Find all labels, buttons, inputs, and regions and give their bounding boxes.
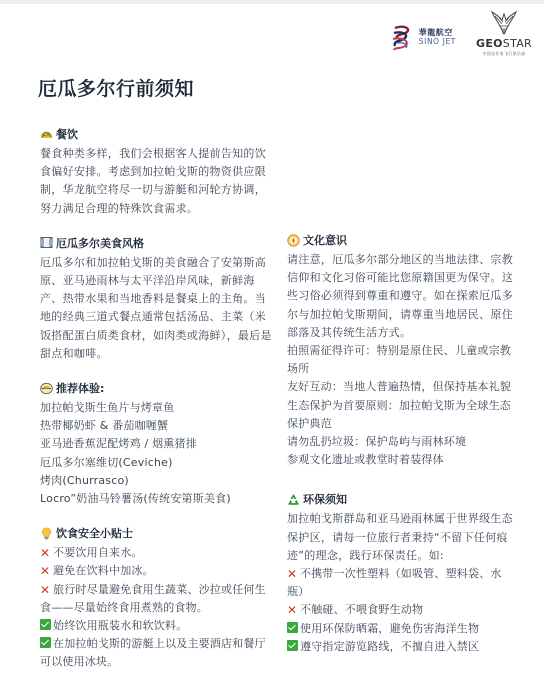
env-item-check: 遵守指定游览路线，不擅自进入禁区: [287, 638, 517, 656]
section-title: 饮食安全小贴士: [56, 525, 133, 541]
recommended-item: 亚马逊香蕉泥配烤鸡 / 烟熏猪排: [40, 435, 272, 453]
cross-icon: ✕: [287, 565, 298, 576]
section-heading: 文化意识: [287, 232, 517, 248]
recommended-item: Locro”奶油马铃薯汤(传统安第斯美食): [40, 490, 272, 508]
env-item-cross: ✕不携带一次性塑料（如吸管、塑料袋、水瓶）: [287, 565, 517, 601]
section-title: 厄瓜多尔美食风格: [56, 235, 144, 251]
section-title: 餐饮: [56, 126, 78, 142]
cross-icon: ✕: [40, 562, 51, 573]
check-icon: [40, 619, 51, 630]
check-icon: [287, 622, 298, 633]
section-heading: 环保须知: [287, 491, 517, 507]
safety-item-check: 始终饮用瓶装水和软饮料。: [40, 617, 272, 635]
recommended-item: 厄瓜多尔塞维切(Ceviche): [40, 454, 272, 472]
culture-item: 友好互动：当地人普遍热情，但保持基本礼貌: [287, 378, 517, 396]
section-recommended: 推荐体验: 加拉帕戈斯生鱼片与烤章鱼 热带椰奶虾 & 番茄咖喱蟹 亚马逊香蕉泥配…: [40, 380, 272, 508]
sino-jet-logo: 華龍航空 SINO JET: [391, 25, 456, 51]
section-cuisine: 厄瓜多尔美食风格 厄瓜多尔和加拉帕戈斯的美食融合了安第斯高原、亚马逊雨林与太平洋…: [40, 235, 272, 363]
sino-jet-dragon-icon: [391, 25, 415, 51]
recommended-item: 烤肉(Churrasco): [40, 472, 272, 490]
right-column: 文化意识 请注意，厄瓜多尔部分地区的当地法律、宗教信仰和文化习俗可能比您原籍国更…: [287, 232, 517, 673]
sino-jet-en-name: SINO JET: [419, 38, 456, 46]
recycle-icon: [287, 493, 300, 506]
geostar-logo: GEOSTAR 中国企业家飞行俱乐部: [476, 10, 532, 57]
section-paragraph: 加拉帕戈斯群岛和亚马逊雨林属于世界级生态保护区，请每一位旅行者秉持“不留下任何痕…: [287, 510, 517, 565]
section-dining: 餐饮 餐食种类多样，我们会根据客人提前告知的饮食偏好安排。考虑到加拉帕戈斯的物资…: [40, 126, 272, 218]
dish-icon: [40, 382, 53, 395]
geostar-name: GEOSTAR: [476, 37, 532, 50]
left-column: 餐饮 餐食种类多样，我们会根据客人提前告知的饮食偏好安排。考虑到加拉帕戈斯的物资…: [40, 126, 272, 689]
map-icon: [40, 236, 53, 249]
env-item-cross: ✕不触碰、不喂食野生动物: [287, 601, 517, 619]
section-heading: 餐饮: [40, 126, 272, 142]
cross-icon: ✕: [287, 601, 298, 612]
section-heading: 推荐体验:: [40, 380, 272, 396]
env-item-check: 使用环保防晒霜，避免伤害海洋生物: [287, 620, 517, 638]
recommended-item: 热带椰奶虾 & 番茄咖喱蟹: [40, 417, 272, 435]
geostar-bird-icon: [490, 10, 518, 36]
lightbulb-icon: [40, 527, 53, 540]
culture-item: 生态保护为首要原则：加拉帕戈斯为全球生态保护典范: [287, 397, 517, 433]
culture-item: 请勿乱扔垃圾：保护岛屿与雨林环境: [287, 433, 517, 451]
section-paragraph: 厄瓜多尔和加拉帕戈斯的美食融合了安第斯高原、亚马逊雨林与太平洋沿岸风味，新鲜海产…: [40, 254, 272, 363]
safety-item-cross: ✕不要饮用自来水。: [40, 544, 272, 562]
section-culture: 文化意识 请注意，厄瓜多尔部分地区的当地法律、宗教信仰和文化习俗可能比您原籍国更…: [287, 232, 517, 469]
culture-item: 拍照需征得许可：特别是原住民、儿童或宗教场所: [287, 342, 517, 378]
header-logos: 華龍航空 SINO JET GEOSTAR 中国企业家飞行俱乐部: [391, 10, 532, 57]
safety-item-cross: ✕避免在饮料中加冰。: [40, 562, 272, 580]
section-paragraph: 请注意，厄瓜多尔部分地区的当地法律、宗教信仰和文化习俗可能比您原籍国更为保守。这…: [287, 251, 517, 342]
culture-item: 参观文化遗址或教堂时着装得体: [287, 451, 517, 469]
check-icon: [287, 640, 298, 651]
geostar-subtitle: 中国企业家飞行俱乐部: [482, 51, 525, 57]
safety-item-cross: ✕旅行时尽量避免食用生蔬菜、沙拉或任何生食——尽量始终食用煮熟的食物。: [40, 581, 272, 617]
safety-item-check: 在加拉帕戈斯的游艇上以及主要酒店和餐厅可以使用冰块。: [40, 635, 272, 671]
recommended-item: 加拉帕戈斯生鱼片与烤章鱼: [40, 399, 272, 417]
cross-icon: ✕: [40, 581, 51, 592]
taco-icon: [40, 128, 53, 141]
section-title: 环保须知: [303, 491, 347, 507]
top-border: [0, 0, 544, 4]
section-food-safety: 饮食安全小贴士 ✕不要饮用自来水。 ✕避免在饮料中加冰。 ✕旅行时尽量避免食用生…: [40, 525, 272, 671]
page-title: 厄瓜多尔行前须知: [38, 74, 194, 101]
section-paragraph: 餐食种类多样，我们会根据客人提前告知的饮食偏好安排。考虑到加拉帕戈斯的物资供应限…: [40, 145, 272, 218]
check-icon: [40, 637, 51, 648]
section-heading: 厄瓜多尔美食风格: [40, 235, 272, 251]
section-title: 文化意识: [303, 232, 347, 248]
cross-icon: ✕: [40, 544, 51, 555]
compass-icon: [287, 234, 300, 247]
section-title: 推荐体验:: [56, 380, 104, 396]
section-environment: 环保须知 加拉帕戈斯群岛和亚马逊雨林属于世界级生态保护区，请每一位旅行者秉持“不…: [287, 491, 517, 656]
section-heading: 饮食安全小贴士: [40, 525, 272, 541]
